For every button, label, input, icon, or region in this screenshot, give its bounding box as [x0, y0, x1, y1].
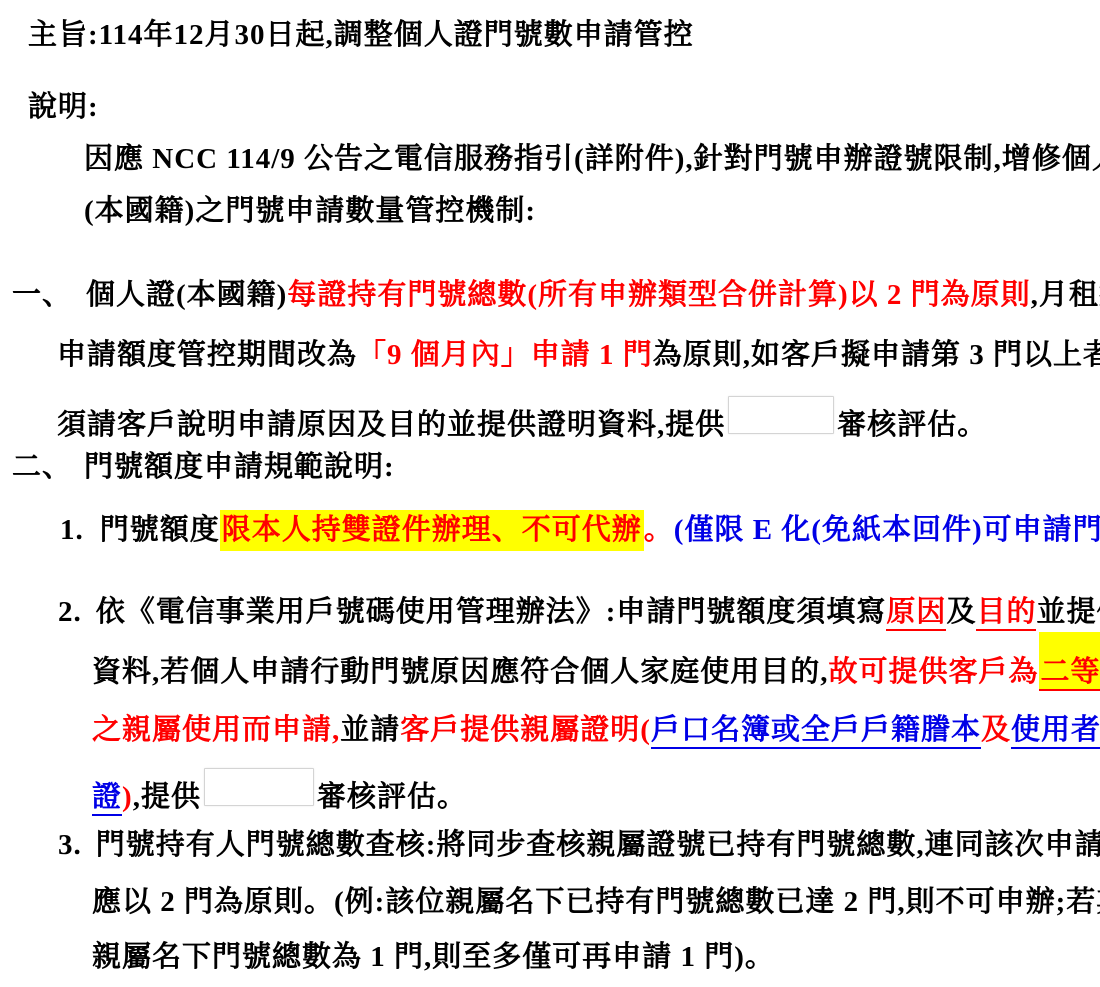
item-2-line-3: 之親屬使用而申請,並請客戶提供親屬證明(戶口名簿或全戶戶籍謄本及使用者身分 — [92, 711, 1100, 749]
text-run: 並提供證明 — [1036, 596, 1100, 628]
text-run: ,月租型 — [1031, 279, 1100, 311]
text-run-red: 每證持有門號總數(所有申辦類型合併計算)以 2 門為原則 — [287, 279, 1030, 311]
text-run-blue-underline: 使用者身分 — [1011, 714, 1100, 749]
item-3-line-1: 3.門號持有人門號總數查核:將同步查核親屬證號已持有門號總數,連同該次申請門號 — [58, 826, 1100, 864]
spacer — [72, 474, 84, 476]
text-run: 申請額度管控期間改為 — [57, 339, 357, 371]
item-3-number: 3. — [58, 829, 82, 861]
intro-line-1: 因應 NCC 114/9 公告之電信服務指引(詳附件),針對門號申辦證號限制,增… — [84, 140, 1100, 178]
text-run: 門號額度 — [100, 514, 220, 546]
text-run-highlighted: 限本人持雙證件辦理、不可代辦 — [220, 510, 644, 551]
item-1-number: 1. — [60, 514, 84, 546]
text-run-blue-underline: 證 — [92, 781, 122, 816]
item-1-line-1: 1.門號額度限本人持雙證件辦理、不可代辦。(僅限 E 化(免紙本回件)可申請門號… — [60, 511, 1100, 549]
text-run: 依《電信事業用戶號碼使用管理辦法》:申請門號額度須填寫 — [96, 596, 887, 628]
section-2-heading: 二、門號額度申請規範說明: — [12, 448, 395, 486]
item-3-line-3: 親屬名下門號總數為 1 門,則至多僅可再申請 1 門)。 — [92, 938, 775, 976]
text-run: 審核評估。 — [837, 409, 987, 441]
text-run: 須請客戶說明申請原因及目的並提供證明資料,提供 — [57, 409, 725, 441]
section-1-line-1: 一、個人證(本國籍)每證持有門號總數(所有申辦類型合併計算)以 2 門為原則,月… — [12, 276, 1100, 314]
text-run-red: 之親屬使用而申請, — [92, 714, 340, 746]
spacer — [82, 619, 96, 621]
redacted-field — [204, 768, 314, 806]
text-run-red: 。 — [644, 514, 674, 546]
intro-line-2: (本國籍)之門號申請數量管控機制: — [84, 192, 536, 230]
subject-text: 主旨:114年12月30日起,調整個人證門號數申請管控 — [28, 19, 694, 51]
text-run: ,提供 — [133, 781, 201, 813]
text-run: 應以 2 門為原則。(例:該位親屬名下已持有門號總數已達 2 門,則不可申辦;若… — [92, 886, 1100, 918]
intro-text-1: 因應 NCC 114/9 公告之電信服務指引(詳附件),針對門號申辦證號限制,增… — [84, 143, 1100, 175]
explanation-label: 說明: — [28, 91, 99, 123]
spacer — [72, 302, 86, 304]
item-2-number: 2. — [58, 596, 82, 628]
text-run-red: 故可提供客戶為 — [829, 656, 1039, 688]
redacted-field — [728, 396, 834, 434]
explanation-heading: 說明: — [28, 88, 99, 126]
text-run-blue: (僅限 E 化(免紙本回件)可申請門號額度) — [674, 514, 1100, 546]
text-run-red: 客戶提供親屬證明( — [400, 714, 651, 746]
text-run: 個人證(本國籍) — [86, 279, 287, 311]
item-2-line-4: 證),提供審核評估。 — [92, 768, 467, 816]
item-3-line-2: 應以 2 門為原則。(例:該位親屬名下已持有門號總數已達 2 門,則不可申辦;若… — [92, 883, 1100, 921]
text-run: 門號持有人門號總數查核:將同步查核親屬證號已持有門號總數,連同該次申請門號 — [96, 829, 1100, 861]
spacer — [82, 852, 96, 854]
intro-text-2: (本國籍)之門號申請數量管控機制: — [84, 195, 536, 227]
text-run-red-underline: 目的 — [976, 596, 1036, 631]
section-2-label: 二、 — [12, 451, 72, 483]
item-2-line-2: 資料,若個人申請行動門號原因應符合個人家庭使用目的,故可提供客戶為二等親內 — [92, 653, 1100, 691]
document: 主旨:114年12月30日起,調整個人證門號數申請管控說明:因應 NCC 114… — [0, 0, 1100, 987]
spacer — [84, 537, 100, 539]
text-run-highlighted-tall: 二等親 — [1039, 632, 1100, 691]
text-run: 親屬名下門號總數為 1 門,則至多僅可再申請 1 門)。 — [92, 941, 775, 973]
text-run: 為原則,如客戶擬申請第 3 門以上者, — [653, 339, 1100, 371]
section-2-title: 門號額度申請規範說明: — [84, 451, 395, 483]
text-run: 資料,若個人申請行動門號原因應符合個人家庭使用目的, — [92, 656, 829, 688]
text-run-red-underline: 原因 — [886, 596, 946, 631]
text-run: 及 — [946, 596, 976, 628]
item-2-line-1: 2.依《電信事業用戶號碼使用管理辦法》:申請門號額度須填寫原因及目的並提供證明 — [58, 593, 1100, 631]
text-run-red: 及 — [981, 714, 1011, 746]
section-1-label: 一、 — [12, 279, 72, 311]
text-run: 並請 — [340, 714, 400, 746]
text-run-red: 「9 個月內」申請 1 門 — [357, 339, 653, 371]
text-run: 審核評估。 — [317, 781, 467, 813]
subject-line: 主旨:114年12月30日起,調整個人證門號數申請管控 — [28, 16, 694, 54]
section-1-line-2: 申請額度管控期間改為「9 個月內」申請 1 門為原則,如客戶擬申請第 3 門以上… — [57, 336, 1100, 374]
section-1-line-3: 須請客戶說明申請原因及目的並提供證明資料,提供審核評估。 — [57, 396, 987, 444]
text-run-blue-underline: 戶口名簿或全戶戶籍謄本 — [651, 714, 981, 749]
text-run-red: ) — [122, 781, 133, 813]
